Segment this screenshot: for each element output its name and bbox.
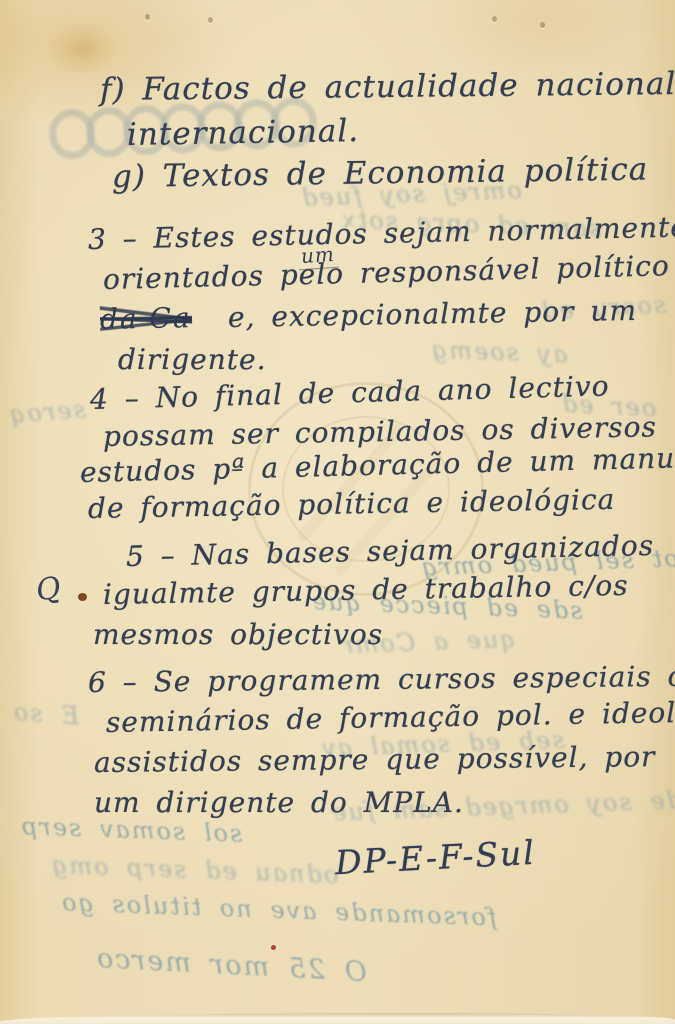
manuscript-line: orientados pelo responsável político bbox=[103, 249, 671, 296]
bleedthrough-text: E so bbox=[11, 698, 80, 731]
paper-stain bbox=[48, 26, 118, 74]
manuscript-line: 3 – Estes estudos sejam normalmente bbox=[88, 210, 675, 256]
manuscript-line: 6 – Se programem cursos especiais ou bbox=[88, 660, 675, 699]
bleedthrough-text: O 25 mor merco bbox=[94, 943, 367, 988]
manuscript-line: dirigente. bbox=[118, 343, 266, 376]
bleedthrough-text: forsomande ave no titulos go bbox=[60, 888, 498, 931]
manuscript-page: omrej soy fued sam ed oprg sotx sosru ed… bbox=[0, 0, 675, 1024]
manuscript-line: mesmos objectivos bbox=[93, 618, 383, 651]
pinhole-mark bbox=[145, 14, 150, 20]
margin-annotation-mark: Q bbox=[34, 570, 63, 608]
manuscript-line: g) Textos de Economia política bbox=[112, 152, 649, 195]
manuscript-line: assistidos sempre que possível, por bbox=[94, 740, 656, 779]
bleedthrough-text: ay soemg bbox=[430, 336, 568, 369]
bleedthrough-text: odnau ed serp omg bbox=[50, 851, 339, 889]
manuscript-line: f) Factos de actualidade nacional e bbox=[100, 66, 675, 108]
red-speck bbox=[271, 945, 276, 950]
pinhole-mark bbox=[208, 17, 213, 23]
manuscript-line: 4 – No final de cada ano lectivo bbox=[90, 369, 610, 416]
bleedthrough-text: seroq bbox=[7, 395, 87, 428]
manuscript-line: internacional. bbox=[127, 113, 360, 153]
manuscript-line: um dirigente do MPLA. bbox=[94, 786, 464, 819]
manuscript-line: de formação política e ideológica bbox=[88, 483, 616, 525]
pinhole-mark bbox=[492, 16, 497, 22]
signature: DP-E-F-Sul bbox=[334, 833, 537, 882]
ink-blot-speck bbox=[78, 593, 87, 601]
manuscript-line: e, excepcionalmte por um bbox=[228, 294, 638, 334]
manuscript-line: seminários de formação pol. e ideol. bbox=[106, 696, 675, 739]
pinhole-mark bbox=[540, 22, 545, 28]
paper-bottom-edge bbox=[0, 1013, 675, 1024]
struck-out-word: da Ca bbox=[100, 301, 192, 336]
